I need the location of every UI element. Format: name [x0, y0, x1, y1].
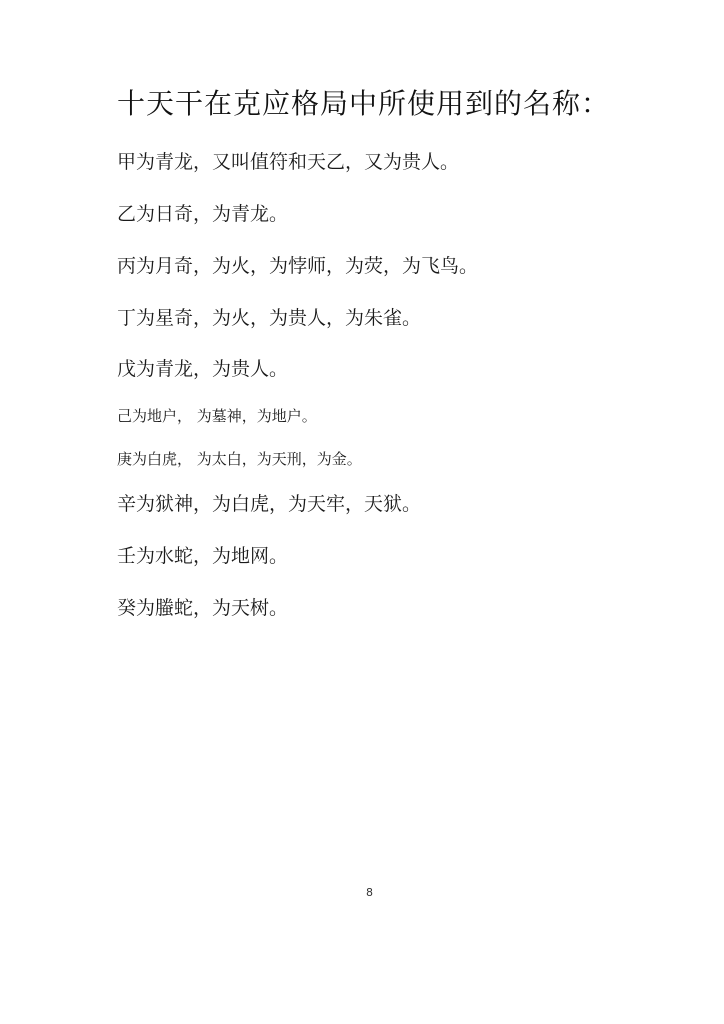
page-title: 十天干在克应格局中所使用到的名称：	[117, 84, 610, 124]
text-line-xin: 辛为狱神，为白虎，为天牢，天狱。	[117, 491, 421, 517]
text-line-ren: 壬为水蛇，为地网。	[117, 543, 288, 569]
document-page: 十天干在克应格局中所使用到的名称： 甲为青龙，又叫值符和天乙，又为贵人。 乙为日…	[0, 0, 724, 1024]
text-line-wu: 戊为青龙，为贵人。	[117, 356, 288, 382]
text-line-bing: 丙为月奇，为火，为悖师，为荧，为飞鸟。	[117, 253, 478, 279]
text-line-gui: 癸为螣蛇，为天树。	[117, 595, 288, 621]
text-line-yi: 乙为日奇，为青龙。	[117, 201, 288, 227]
text-line-geng: 庚为白虎， 为太白，为天刑，为金。	[117, 448, 362, 470]
text-line-ding: 丁为星奇，为火，为贵人，为朱雀。	[117, 305, 421, 331]
page-number: 8	[366, 886, 373, 900]
text-line-jia: 甲为青龙，又叫值符和天乙，又为贵人。	[117, 149, 459, 175]
text-line-ji: 己为地户， 为墓神，为地户。	[117, 405, 317, 427]
